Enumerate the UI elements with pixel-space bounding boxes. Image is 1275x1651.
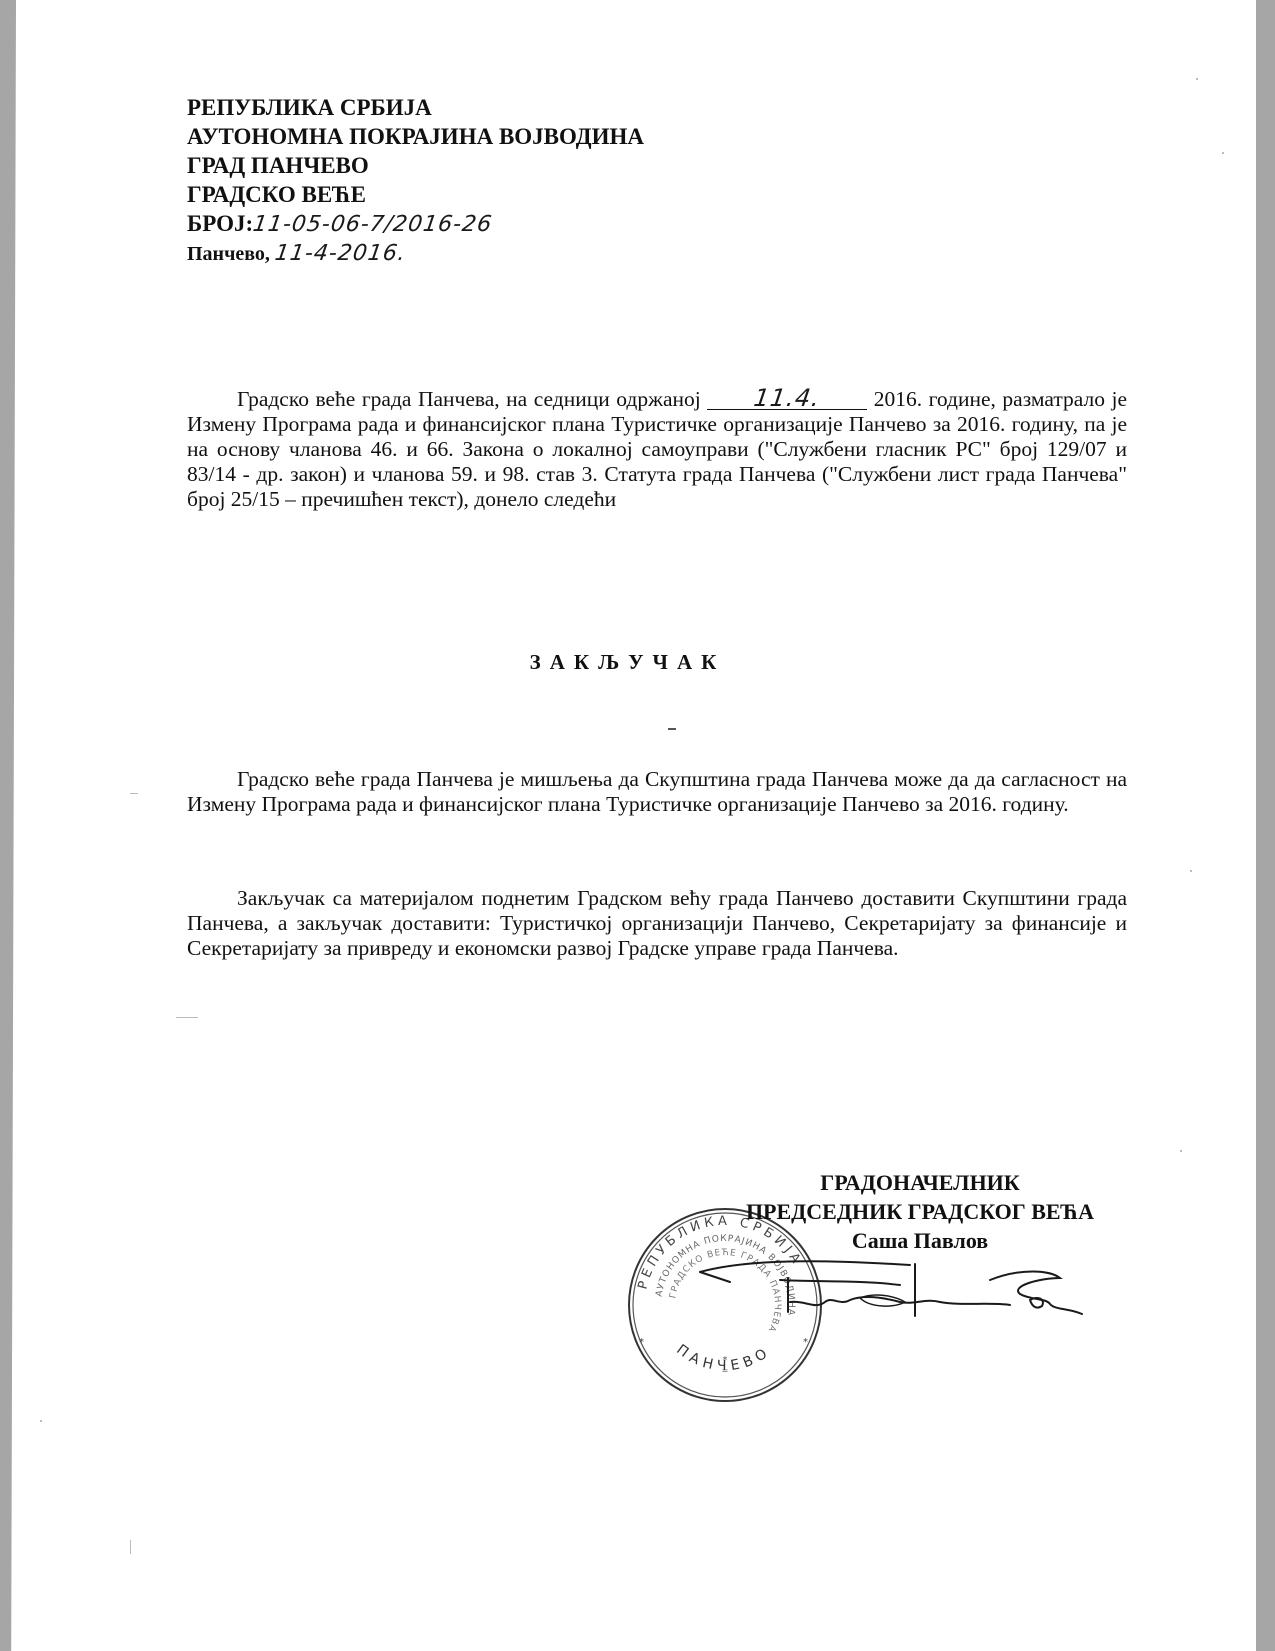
session-date-blank: 11.4. xyxy=(707,388,867,410)
signatory-title-mayor: ГРАДОНАЧЕЛНИК xyxy=(700,1168,1140,1197)
document-place-date: Панчево, 11-4-2016. xyxy=(187,239,644,269)
signature-block: ГРАДОНАЧЕЛНИК ПРЕДСЕДНИК ГРАДСКОГ ВЕЋА С… xyxy=(700,1168,1140,1255)
place-label: Панчево, xyxy=(187,243,270,265)
document-title: ЗАКЉУЧАК xyxy=(0,650,1275,675)
svg-text:=: = xyxy=(722,1366,729,1375)
date-handwritten: 11-4-2016. xyxy=(273,239,408,268)
document-number-label: БРОЈ: xyxy=(187,211,253,236)
conclusion-paragraph-2: Закључак са материјалом поднетим Градско… xyxy=(187,886,1127,961)
scan-mark xyxy=(668,728,676,730)
header-council: ГРАДСКО ВЕЋЕ xyxy=(187,180,644,209)
document-page: РЕПУБЛИКА СРБИЈА АУТОНОМНА ПОКРАЈИНА ВОЈ… xyxy=(0,0,1275,1651)
intro-before-blank: Градско веће града Панчева, на седници о… xyxy=(237,387,707,411)
document-header: РЕПУБЛИКА СРБИЈА АУТОНОМНА ПОКРАЈИНА ВОЈ… xyxy=(187,93,644,269)
handwritten-signature xyxy=(690,1250,1090,1330)
session-date-handwritten: 11.4. xyxy=(753,388,822,408)
signatory-title-president: ПРЕДСЕДНИК ГРАДСКОГ ВЕЋА xyxy=(700,1197,1140,1226)
header-province: АУТОНОМНА ПОКРАЈИНА ВОЈВОДИНА xyxy=(187,122,644,151)
svg-text:*: * xyxy=(803,1337,808,1348)
svg-text:*: * xyxy=(723,1355,728,1366)
header-republic: РЕПУБЛИКА СРБИЈА xyxy=(187,93,644,122)
svg-text:*: * xyxy=(639,1337,644,1348)
conclusion-paragraph-1: Градско веће града Панчева је мишљења да… xyxy=(187,767,1127,817)
header-city: ГРАД ПАНЧЕВО xyxy=(187,151,644,180)
intro-paragraph: Градско веће града Панчева, на седници о… xyxy=(187,387,1127,512)
document-number-handwritten: 11-05-06-7/2016-26 xyxy=(251,210,494,239)
document-title-text: ЗАКЉУЧАК xyxy=(530,650,726,674)
document-number: БРОЈ:11-05-06-7/2016-26 xyxy=(187,209,644,239)
